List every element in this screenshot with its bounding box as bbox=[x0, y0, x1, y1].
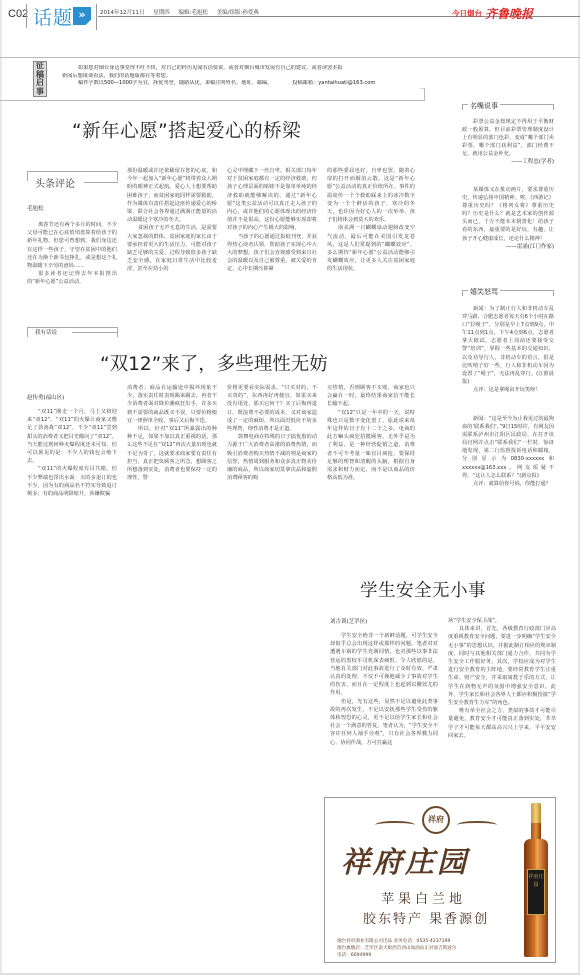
column-label: 头条评论 bbox=[32, 175, 78, 190]
article3-column: 场“学生安全保卫战”。具体来讲，首先，各级教育行政部门应高度重视教育安全问题，要… bbox=[448, 617, 556, 782]
sidebar-item: 彩票公益金按规定不得用于平衡财政一般预算，但目前彩票管理制度设计上有明显的部门色… bbox=[462, 118, 554, 167]
article2-headline: “双12”来了，多些理性无妨 bbox=[100, 350, 328, 376]
issue-meta: 2014年12月11日 星期四 编辑:毛旭松 美编/组版:孙爱燕 bbox=[100, 8, 266, 16]
notice-line: 新闻后想谈谈看法，我们的话题版都在等着您。 bbox=[62, 73, 407, 81]
double-chevron-icon: » bbox=[73, 7, 91, 25]
article1-column: 心灵中埋藏下一丝自卑。相关部门每年对于贫困家庭都有一定的经济救助，但孩子心理层面… bbox=[227, 167, 317, 313]
notice-line: 稿件字数以500—1000字为宜，择优刊登，随路从优，来稿注明姓名、地址、邮编。… bbox=[62, 80, 407, 88]
ad-contact-info: 烟台祥府酒业有限公司出品 业务电话：0535-4237199 烟台旗舰店：芝罘区… bbox=[337, 938, 456, 959]
article3-byline: 刘吉训(芝罘区) bbox=[330, 617, 367, 625]
divider bbox=[84, 182, 118, 183]
article2-byline: 赵传勇(福山区) bbox=[27, 393, 64, 401]
ornament-icon bbox=[457, 821, 497, 829]
newspaper-logo: 齐鲁晚报 bbox=[485, 5, 533, 22]
bottle-label: 祥府庄园 bbox=[527, 869, 545, 915]
article2-column: 消费者；商品在运输途中损坏现象不少，落实责任时表现踢来踢去，再者不少消费者面对降… bbox=[127, 384, 217, 520]
ad-brand-name: 祥府庄园 bbox=[341, 840, 469, 881]
article2-column: 价格更要看实际需求，“只买对的，不买贵的”，东西再好再便宜，如果买来没有用处，那… bbox=[227, 384, 317, 520]
column-label: 我有话说 bbox=[32, 328, 60, 336]
page-border-left bbox=[0, 0, 2, 975]
article1-column: 离春节还有两个多月的时间，不少父母可能已在心底悄悄盘算着给孩子的新年礼物。但您可… bbox=[27, 221, 117, 313]
sidebar-item: 新闻：为了制止行人和非机动车乱穿马路，合肥志愿者每天有6个小时在路口“拉绳子”，… bbox=[462, 305, 554, 394]
brand-label: 今日烟台 bbox=[452, 8, 482, 19]
article3-headline: 学生安全无小事 bbox=[360, 577, 486, 602]
sidebar-comment: 点评：这是拿绳由开玩笑呀！ bbox=[462, 386, 554, 394]
article1-headline: “新年心愿”搭起爱心的桥梁 bbox=[72, 117, 301, 143]
sidebar-signature: ——雷涌(江门作家) bbox=[462, 243, 554, 251]
brand-seal-icon: 祥府 bbox=[422, 806, 450, 834]
sidebar-label: 嬉笑怒骂 bbox=[468, 287, 500, 297]
divider bbox=[72, 332, 118, 333]
notice-body: 如果您对烟台身边事觉得不吐不快，对自己的经历见闻有话要说，或者对烟台城市发展有自… bbox=[62, 65, 407, 88]
ad-slogan: 胶东特产 果香源创 bbox=[363, 908, 489, 927]
article3-column: 学生安全绝非一个新鲜话题，可学生安全却似乎总会出现这样或那样的问题。笔者对对遭遇… bbox=[330, 632, 438, 782]
ornament-icon bbox=[375, 821, 415, 829]
brandy-bottle-image: 祥府庄园 bbox=[521, 803, 551, 958]
sidebar-item: 某媒体又在批动画片，要求尊重历史，传递弘扬中国精神。唉，《西游记》尊重历史吗？《… bbox=[462, 186, 554, 251]
ad-product: 苹果白兰地 bbox=[381, 888, 466, 907]
article1-column: 那份温暖或许还依稀留在您的心底。和今年一起加入“新年心愿”将带着众人期盼的眼神正… bbox=[127, 167, 217, 313]
decorative-shape bbox=[395, 88, 425, 101]
divider bbox=[26, 4, 27, 28]
page-header: C02 话题 » 2014年12月11日 星期四 编辑:毛旭松 美编/组版:孙爱… bbox=[0, 0, 580, 32]
sidebar-label: 名嘴说事 bbox=[468, 101, 500, 111]
sidebar-signature: ——工程忠(学者) bbox=[462, 158, 554, 166]
article1-byline: 毛旭松 bbox=[27, 204, 44, 212]
article2-column: 买热情，否则顾客不买账，商家也只会赢在一时，最终结果商家信不能长长输不起。“双1… bbox=[327, 384, 415, 520]
advertisement[interactable]: 祥府 祥府庄园 苹果白兰地 胶东特产 果香源创 烟台祥府酒业有限公司出品 业务电… bbox=[324, 797, 556, 963]
notice-tag: 征稿启事 bbox=[33, 61, 47, 97]
notice-rule-bottom bbox=[0, 100, 400, 101]
notice-rule-top bbox=[0, 57, 580, 58]
notice-line: 如果您对烟台身边事觉得不吐不快，对自己的经历见闻有话要说，或者对烟台城市发展有自… bbox=[62, 65, 407, 73]
article1-column: 的那些委屈也好，自卑也罢，随着心扉的打开而烟消云散。这是“新年心愿”公益活动的真… bbox=[327, 167, 415, 313]
sidebar-comment: 点评：就算给你号码，你能打通？ bbox=[462, 480, 554, 488]
notice-email[interactable]: 投稿邮箱：yantaihuati@163.com bbox=[292, 80, 375, 86]
sidebar-item: 新闻：“这是至今为止我见过的最狗血的‘联系我们’。”9日15时许，有网友因需联系… bbox=[462, 415, 554, 488]
section-title: 话题 bbox=[33, 3, 73, 30]
divider bbox=[96, 4, 97, 30]
article2-column: “双11”刚走一个月，马上又将迎来“双12”。“双11”的火爆让商家又憋足了劲备… bbox=[27, 408, 117, 520]
